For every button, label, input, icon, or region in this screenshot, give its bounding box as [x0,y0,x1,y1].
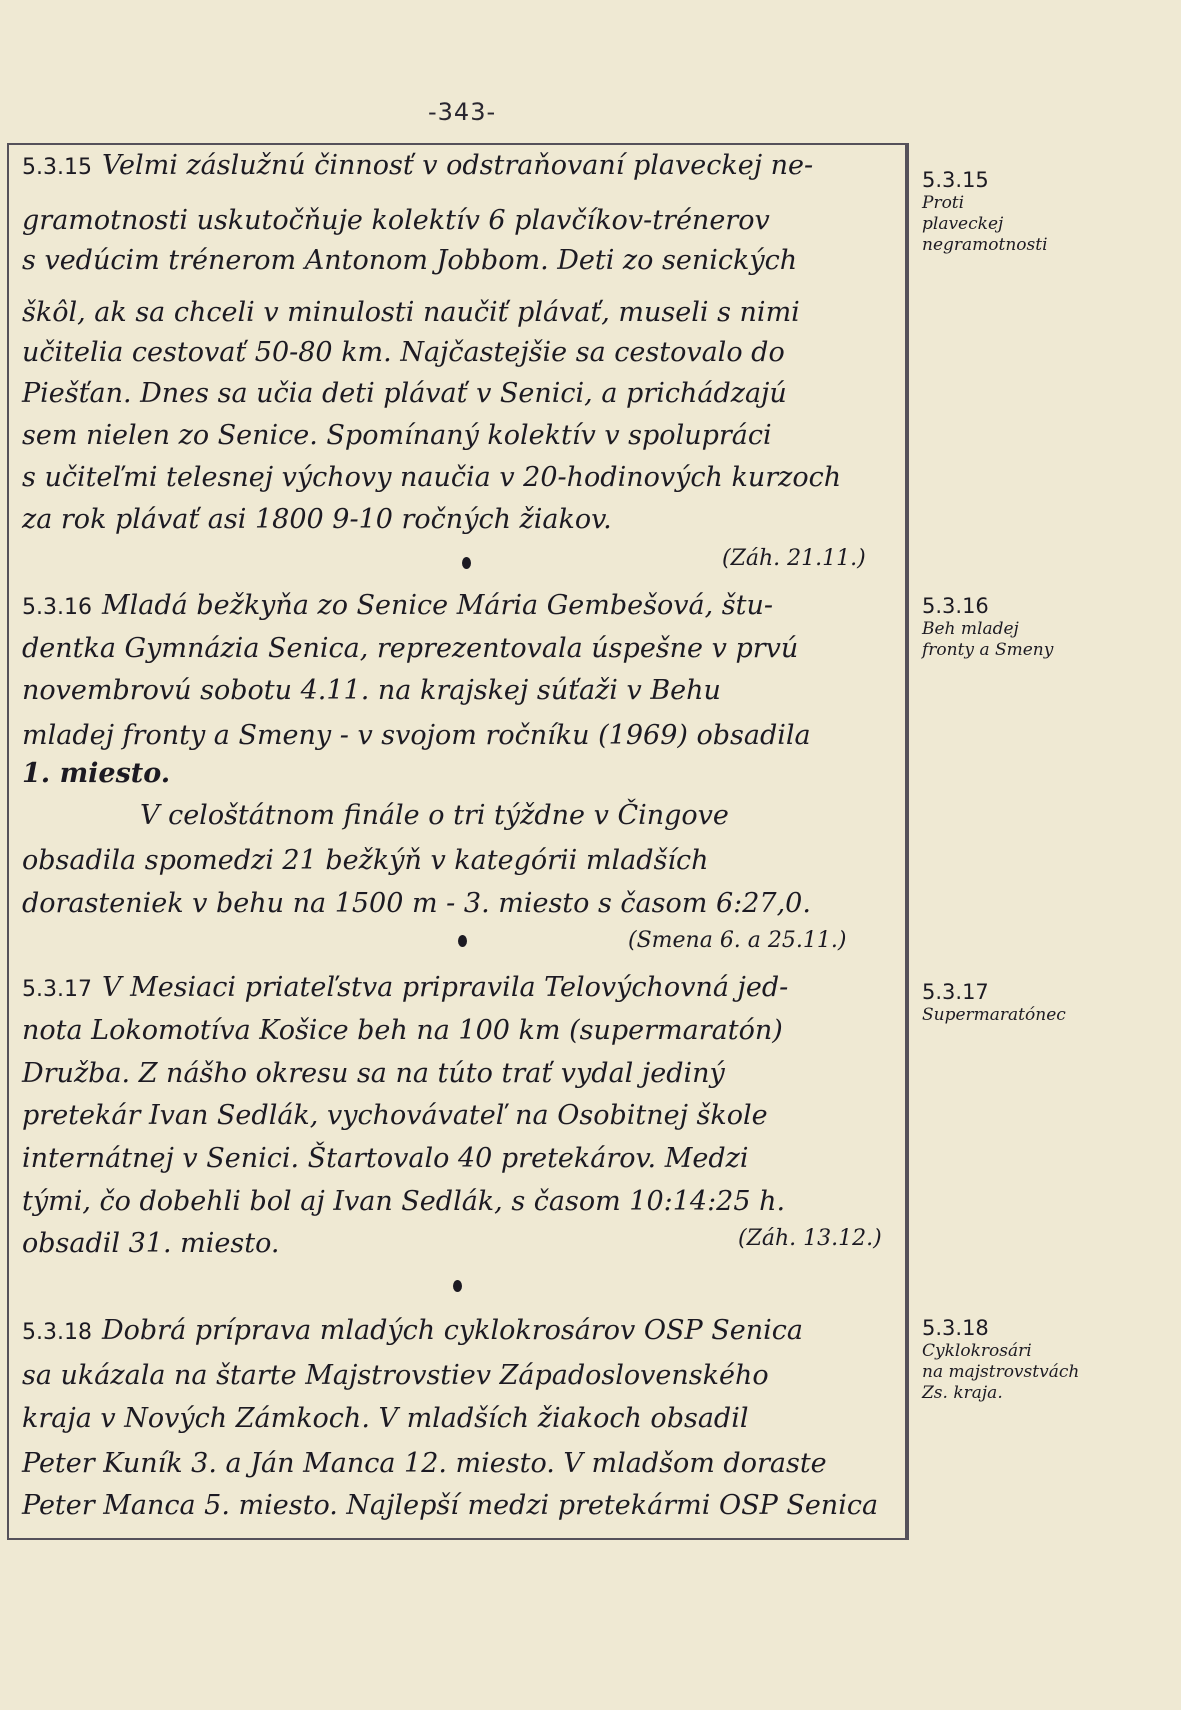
entry-line: mladej fronty a Smeny - v svojom ročníku… [22,720,811,751]
entry-line: učitelia cestovať 50-80 km. Najčastejšie… [22,337,785,368]
entry-line: internátnej v Senici. Štartovalo 40 pret… [22,1143,749,1174]
margin-note-5-3-17: 5.3.17 Supermaratónec [922,982,1172,1026]
entry-id: 5.3.16 [22,595,92,620]
entry-line: za rok plávať asi 1800 9-10 ročných žiak… [22,504,612,535]
entry-line: dentka Gymnázia Senica, reprezentovala ú… [22,633,798,664]
separator-dot [462,557,471,569]
entry-line: Peter Manca 5. miesto. Najlepší medzi pr… [22,1490,878,1521]
entry-line: sem nielen zo Senice. Spomínaný kolektív… [22,420,772,451]
page-number: -343- [428,98,496,126]
entry-line: sa ukázala na štarte Majstrovstiev Západ… [22,1360,769,1391]
entry-line: 1. miesto. [22,758,170,789]
entry-line: novembrovú sobotu 4.11. na krajskej súťa… [22,675,721,706]
source-citation: (Záh. 13.12.) [738,1226,882,1251]
entry-id: 5.3.18 [22,1320,92,1345]
entry-line: Peter Kuník 3. a Ján Manca 12. miesto. V… [22,1448,827,1479]
margin-divider [907,143,909,1540]
entry-id: 5.3.15 [22,155,92,180]
entry-line: kraja v Nových Zámkoch. V mladších žiako… [22,1403,748,1434]
entry-line: Družba. Z nášho okresu sa na túto trať v… [22,1058,725,1089]
margin-note-5-3-18: 5.3.18 Cyklokrosári na majstrovstvách Zs… [922,1318,1172,1404]
entry-line: 5.3.17V Mesiaci priateľstva pripravila T… [22,972,788,1003]
source-citation: (Smena 6. a 25.11.) [628,928,846,953]
margin-note-5-3-16: 5.3.16 Beh mladej fronty a Smeny [922,596,1172,661]
source-citation: (Záh. 21.11.) [722,546,866,571]
entry-id: 5.3.17 [22,977,92,1002]
entry-line: obsadila spomedzi 21 bežkýň v kategórii … [22,845,708,876]
entry-line: obsadil 31. miesto. [22,1228,279,1259]
entry-line: Piešťan. Dnes sa učia deti plávať v Seni… [22,378,787,409]
entry-line: s učiteľmi telesnej výchovy naučia v 20-… [22,462,841,493]
entry-line: 5.3.15Velmi záslužnú činnosť v odstraňov… [22,150,813,181]
entry-line: tými, čo dobehli bol aj Ivan Sedlák, s č… [22,1186,785,1217]
entry-line: V celoštátnom finále o tri týždne v Čing… [140,800,729,831]
margin-note-5-3-15: 5.3.15 Proti plaveckej negramotnosti [922,170,1172,256]
entry-line: dorasteniek v behu na 1500 m - 3. miesto… [22,888,811,919]
entry-line: 5.3.18Dobrá príprava mladých cyklokrosár… [22,1315,803,1346]
entry-line: škôl, ak sa chceli v minulosti naučiť pl… [22,297,800,328]
entry-line: nota Lokomotíva Košice beh na 100 km (su… [22,1015,783,1046]
entry-line: gramotnosti uskutočňuje kolektív 6 plavč… [22,205,770,236]
entry-line: 5.3.16Mladá bežkyňa zo Senice Mária Gemb… [22,590,773,621]
separator-dot [453,1280,462,1292]
separator-dot [458,935,467,947]
entry-line: s vedúcim trénerom Antonom Jobbom. Deti … [22,245,797,276]
entry-line: pretekár Ivan Sedlák, vychovávateľ na Os… [22,1100,768,1131]
